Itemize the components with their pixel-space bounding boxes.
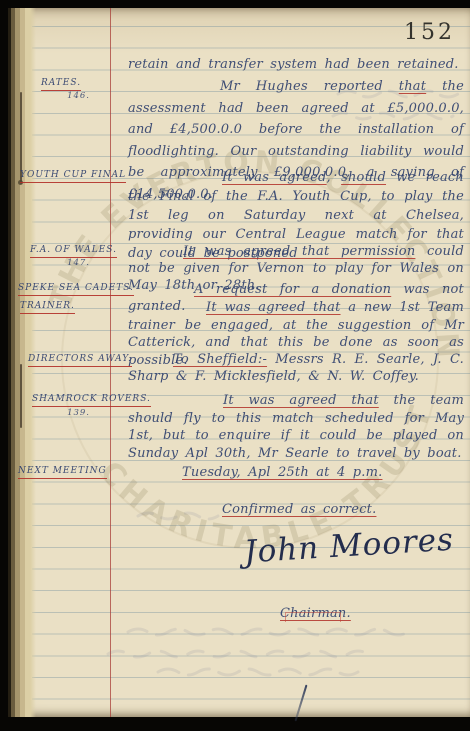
body-text-underlined: that <box>399 79 426 94</box>
minute-heading: SHAMROCK ROVERS. <box>32 394 151 404</box>
minute-heading: RATES. <box>41 78 81 88</box>
body-text-underlined: It was agreed that permission <box>183 244 415 259</box>
minute-heading: NEXT MEETING <box>18 466 107 476</box>
minute-heading-text: TRAINER. <box>20 301 75 314</box>
minute-heading-text: DIRECTORS AWAY. <box>28 354 132 367</box>
minute-heading: SPEKE SEA CADETS. <box>18 283 134 293</box>
minute-book-page: THE EVERTON COLLECTION CHARITABLE TRUST … <box>8 8 470 717</box>
minute-directors-away: DIRECTORS AWAY. To Sheffield:- Messrs R.… <box>8 352 466 385</box>
body-text-underlined: It was agreed that <box>223 393 379 408</box>
body-text-underlined: should <box>341 170 386 185</box>
minute-body: Tuesday, Apl 25th at 4 p.m. <box>128 464 464 481</box>
scanned-minute-book-photo: { "page": { "number": "152", "opening_li… <box>0 0 470 731</box>
minute-body: To Sheffield:- Messrs R. E. Searle, J. C… <box>128 352 464 385</box>
carried-over-line: retain and transfer system had been reta… <box>128 57 468 72</box>
minute-heading-text: YOUTH CUP FINAL <box>20 170 126 183</box>
confirmed-as-correct-line: Confirmed as correct. <box>222 502 376 517</box>
minute-heading-text: SHAMROCK ROVERS. <box>32 394 151 407</box>
minute-ref-number: 147. <box>36 258 90 268</box>
red-stamp-bleed-fragment <box>285 612 341 622</box>
body-text-underlined: It was agreed <box>222 170 327 185</box>
minute-heading: DIRECTORS AWAY. <box>28 354 132 364</box>
minute-ref-number: 139. <box>36 408 90 418</box>
minute-heading-text: RATES. <box>41 78 81 91</box>
minute-heading-text: NEXT MEETING <box>18 466 107 479</box>
minute-heading: F.A. OF WALES. <box>30 245 117 255</box>
body-text-underlined: Tuesday, Apl 25th at 4 p.m. <box>182 465 382 480</box>
minute-heading-text: F.A. OF WALES. <box>30 245 117 258</box>
body-text: Mr Hughes reported <box>220 79 399 94</box>
minute-heading: YOUTH CUP FINAL <box>20 170 126 180</box>
minute-body: It was agreed that the team should fly t… <box>128 392 464 462</box>
minute-shamrock-rovers: SHAMROCK ROVERS. 139. It was agreed that… <box>8 392 466 462</box>
minute-heading-text: SPEKE SEA CADETS. <box>18 283 134 296</box>
minute-next-meeting: NEXT MEETING Tuesday, Apl 25th at 4 p.m. <box>8 464 466 481</box>
body-text: , <box>327 170 342 185</box>
minute-heading: TRAINER. <box>20 301 75 311</box>
body-text-underlined: To Sheffield:- <box>173 352 267 367</box>
folio-number: 152 <box>404 20 455 45</box>
body-text-underlined: A request for a donation <box>194 282 391 297</box>
body-text-underlined: It was agreed that <box>206 300 341 315</box>
minute-ref-number: 146. <box>36 91 90 101</box>
